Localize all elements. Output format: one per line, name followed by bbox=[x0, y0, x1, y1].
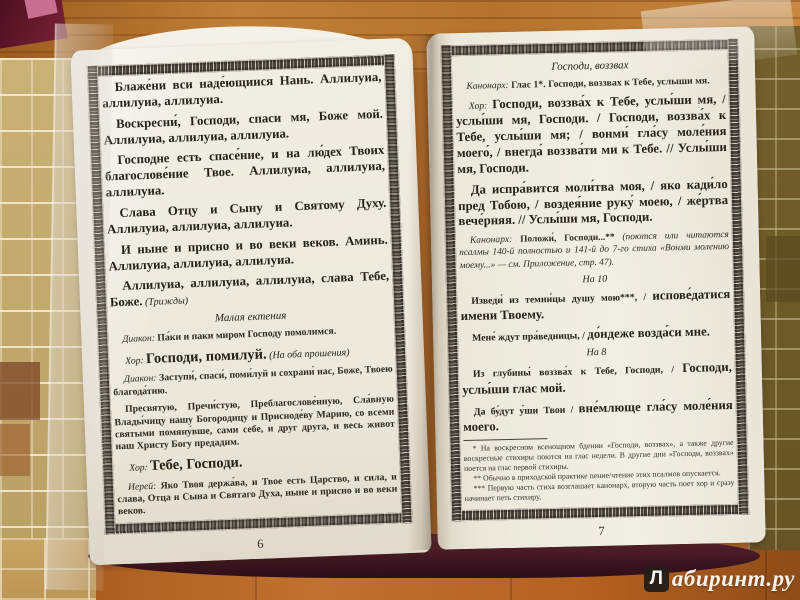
speaker-label: Хор: bbox=[125, 355, 146, 367]
chant-paragraph: И ныне и присно и во веки веков. Аминь. … bbox=[108, 232, 389, 274]
paragraph-text: Яко Твоя держа́ва, и Твое есть Царство, … bbox=[117, 471, 397, 517]
labirint-logo-icon: Л bbox=[644, 567, 669, 592]
paragraph-text: Господи, помилуй. bbox=[146, 346, 267, 367]
kanonarh-paragraph: Канонарх: Положи́, Господи...** (поются … bbox=[459, 229, 730, 271]
subheading-paragraph: На 8 bbox=[461, 344, 731, 361]
left-page: Блаже́ни вси наде́ющиися Нань. Аллилуиа,… bbox=[70, 38, 432, 566]
speaker-label: Хор: bbox=[129, 462, 150, 474]
dark-tile bbox=[0, 424, 30, 476]
paragraph-text: Па́ки и паки миром Господу помолимся. bbox=[157, 326, 336, 344]
page-number-right: 7 bbox=[437, 520, 765, 542]
rubric-paragraph: Канонарх: Глас 1*. Господи, воззвах к Те… bbox=[455, 75, 725, 93]
speaker-label: Канонарх: bbox=[470, 234, 521, 246]
watermark: Л абиринт.ру bbox=[644, 566, 795, 592]
right-page-paragraphs: Канонарх: Глас 1*. Господи, воззвах к Те… bbox=[455, 75, 733, 435]
split-paragraph: Изведи́ из темни́цы душу мою***, / испов… bbox=[460, 286, 731, 325]
watermark-text: абиринт.ру bbox=[672, 566, 795, 592]
verse-lead: Да бу́дут у́ши Твои / bbox=[474, 404, 579, 417]
chant-paragraph: Хор: Господи, воззва́х к Тебе, услы́ши м… bbox=[456, 92, 728, 177]
italic-note: (Трижды) bbox=[142, 296, 188, 309]
subheading-paragraph: На 10 bbox=[460, 271, 730, 288]
chant-paragraph: Воскресни́, Господи, спаси мя, Боже мой.… bbox=[103, 107, 384, 149]
chant-paragraph: Слава Отцу и Сыну и Святому Духу. Аллилу… bbox=[106, 196, 387, 238]
split-paragraph: Из глубины́ воззва́х к Тебе, Господи, / … bbox=[462, 359, 733, 398]
paragraph-text: Слава Отцу и Сыну и Святому Духу. Аллилу… bbox=[107, 196, 387, 237]
speaker-label: Диакон: bbox=[124, 373, 160, 385]
verse-lead: Изведи́ из темни́цы душу мою***, / bbox=[471, 291, 652, 306]
chant-paragraph: Господне есть спасе́ние, и на лю́дех Тво… bbox=[104, 143, 386, 201]
verse-body: до́ндеже возда́си мне. bbox=[587, 324, 710, 341]
right-page: Господи, воззвах Канонарх: Глас 1*. Госп… bbox=[426, 26, 766, 549]
kanonarh-incipit: Положи́, Господи...** bbox=[520, 233, 623, 245]
dark-tile bbox=[766, 236, 800, 302]
speaker-label: Канонарх: bbox=[466, 80, 511, 92]
split-paragraph: Мене́ ждут пра́ведницы, / до́ндеже возда… bbox=[461, 323, 731, 345]
paragraph-text: Глас 1*. Господи, воззвах к Тебе, услыши… bbox=[511, 75, 710, 91]
chant-paragraph: Аллилуиа, аллилуиа, аллилуиа, слава Тебе… bbox=[109, 269, 390, 311]
paragraph-text: Да испра́вится моли́тва моя, / яко кади́… bbox=[458, 177, 728, 229]
paragraph-text: Тебе, Господи. bbox=[150, 454, 243, 474]
italic-note: (На оба прошения) bbox=[266, 347, 349, 361]
dark-tile bbox=[0, 362, 40, 420]
paragraph-text: И ныне и присно и во веки веков. Аминь. … bbox=[108, 232, 388, 273]
verse-lead: Из глубины́ воззва́х к Тебе, Господи, / bbox=[473, 364, 683, 380]
paragraph-text: Пресвятую, Пречи́стую, Преблагослове́нну… bbox=[114, 394, 395, 453]
verse-lead: Мене́ ждут пра́ведницы, / bbox=[472, 330, 587, 344]
speaker-label: Хор: bbox=[469, 101, 493, 113]
left-page-text: Блаже́ни вси наде́ющиися Нань. Аллилуиа,… bbox=[101, 70, 398, 520]
footnote-rule bbox=[463, 438, 547, 441]
speaker-label: Диакон: bbox=[122, 333, 157, 345]
paragraph-text: Господи, воззва́х к Тебе, услы́ши мя, / … bbox=[456, 92, 727, 176]
rubric-paragraph: Пресвятую, Пречи́стую, Преблагослове́нну… bbox=[114, 394, 396, 454]
right-page-text: Господи, воззвах Канонарх: Глас 1*. Госп… bbox=[455, 54, 735, 507]
speaker-label: Иерей: bbox=[128, 480, 161, 492]
footnotes: * На воскресном всенощном бдении «Господ… bbox=[464, 438, 735, 504]
plastic-cover-left bbox=[45, 24, 113, 591]
book-photo: Блаже́ни вси наде́ющиися Нань. Аллилуиа,… bbox=[0, 0, 800, 600]
page-number-left: 6 bbox=[89, 530, 431, 558]
paragraph-text: Господне есть спасе́ние, и на лю́дех Тво… bbox=[105, 143, 385, 199]
chant-paragraph: Да испра́вится моли́тва моя, / яко кади́… bbox=[458, 177, 729, 231]
paragraph-text: Воскресни́, Господи, спаси мя, Боже мой.… bbox=[103, 107, 383, 148]
split-paragraph: Да бу́дут у́ши Твои / вне́млюще гла́су м… bbox=[463, 397, 734, 436]
